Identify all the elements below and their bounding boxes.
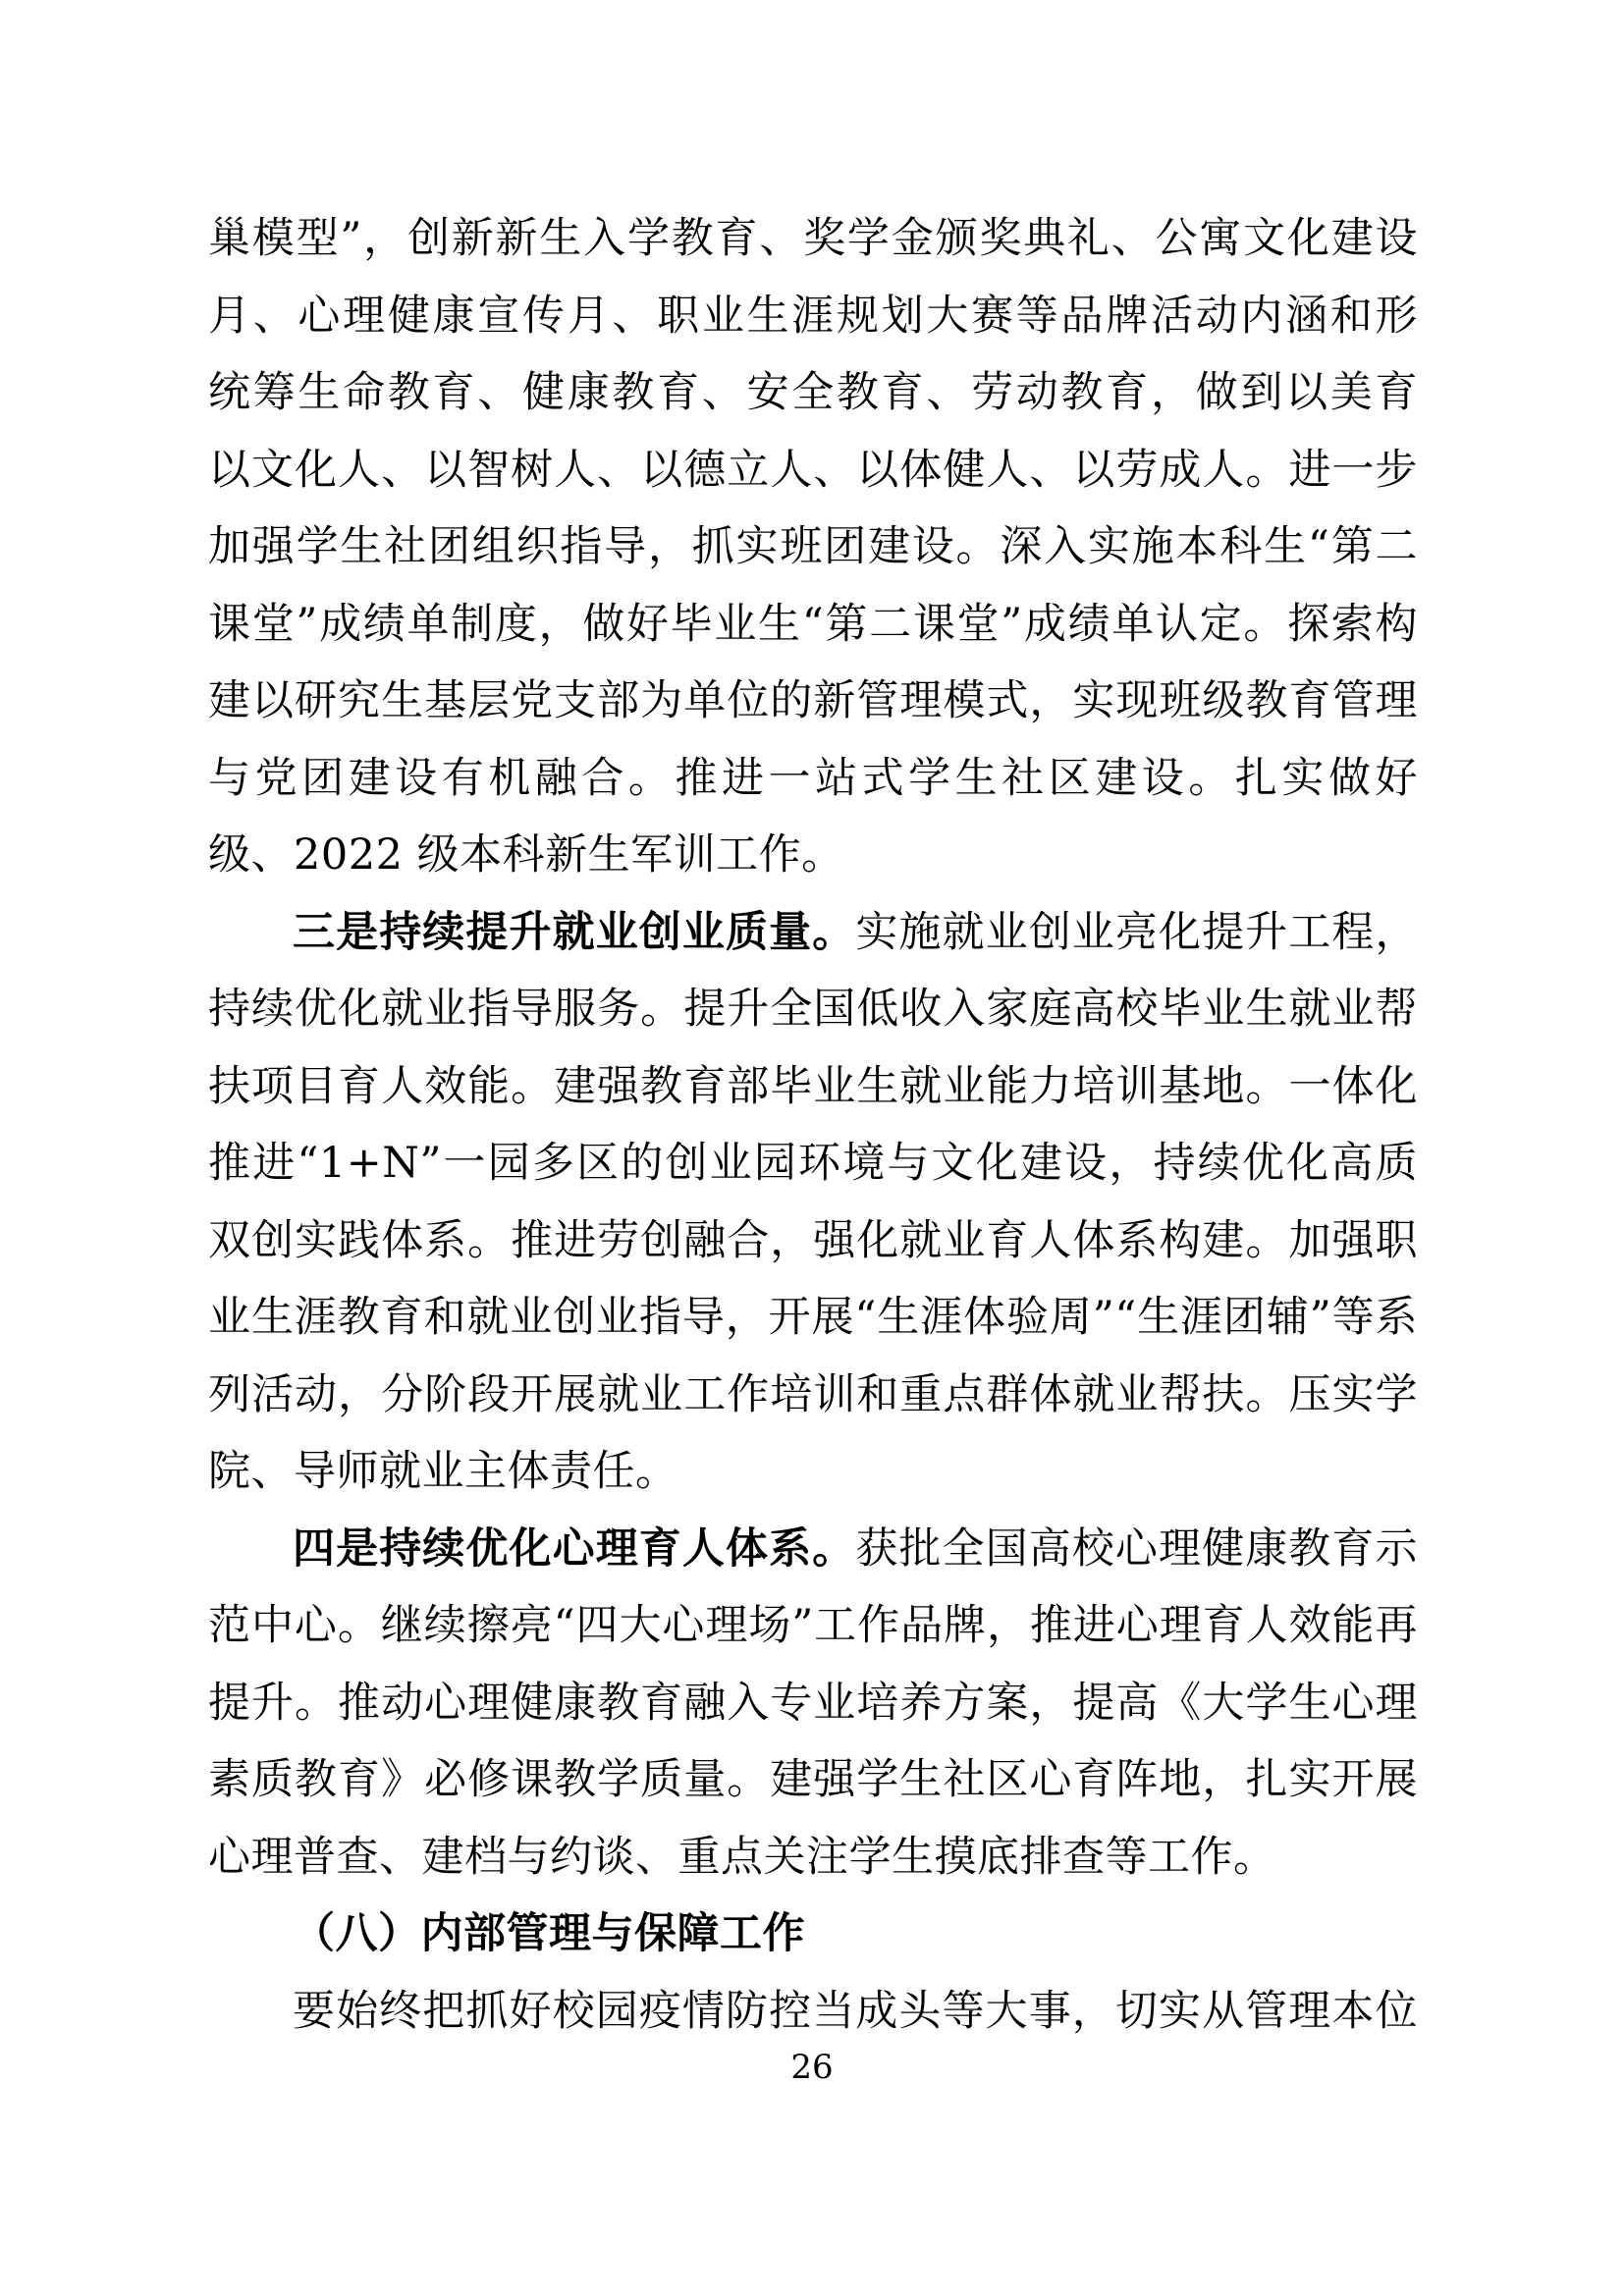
lead-emphasis-three: 三是持续提升就业创业质量。 <box>293 908 855 957</box>
body-line-05: 加强学生社团组织指导，抓实班团建设。深入实施本科生“第二 <box>208 508 1418 586</box>
body-line-12: 扶项目育人效能。建强教育部毕业生就业能力培训基地。一体化 <box>208 1048 1418 1126</box>
body-line-10: 三是持续提升就业创业质量。实施就业创业亮化提升工程， <box>208 894 1418 972</box>
body-line-21: 素质教育》必修课教学质量。建强学生社区心育阵地，扎实开展 <box>208 1741 1418 1819</box>
body-line-09: 级、2022 级本科新生军训工作。 <box>208 817 1418 894</box>
lead-emphasis-four: 四是持续优化心理育人体系。 <box>293 1524 855 1574</box>
body-line-08: 与党团建设有机融合。推进一站式学生社区建设。扎实做好 2021 <box>208 740 1418 818</box>
body-line-15: 业生涯教育和就业创业指导，开展“生涯体验周”“生涯团辅”等系 <box>208 1279 1418 1357</box>
body-line-22: 心理普查、建档与约谈、重点关注学生摸底排查等工作。 <box>208 1819 1418 1896</box>
body-line-06: 课堂”成绩单制度，做好毕业生“第二课堂”成绩单认定。探索构 <box>208 586 1418 664</box>
body-line-01: 巢模型”，创新新生入学教育、奖学金颁奖典礼、公寓文化建设 <box>208 200 1418 278</box>
body-line-14: 双创实践体系。推进劳创融合，强化就业育人体系构建。加强职 <box>208 1202 1418 1280</box>
body-line-04: 以文化人、以智树人、以德立人、以体健人、以劳成人。进一步 <box>208 432 1418 509</box>
body-line-13: 推进“1+N”一园多区的创业园环境与文化建设，持续优化高质量 <box>208 1125 1418 1202</box>
document-text-block: 巢模型”，创新新生入学教育、奖学金颁奖典礼、公寓文化建设 月、心理健康宣传月、职… <box>208 200 1418 2050</box>
body-line-19: 范中心。继续擦亮“四大心理场”工作品牌，推进心理育人效能再 <box>208 1587 1418 1665</box>
body-line-18-text: 获批全国高校心理健康教育示 <box>855 1524 1418 1574</box>
body-line-07: 建以研究生基层党支部为单位的新管理模式，实现班级教育管理 <box>208 663 1418 740</box>
body-line-03: 统筹生命教育、健康教育、安全教育、劳动教育，做到以美育人、 <box>208 354 1418 432</box>
body-line-18: 四是持续优化心理育人体系。获批全国高校心理健康教育示 <box>208 1511 1418 1588</box>
body-line-02: 月、心理健康宣传月、职业生涯规划大赛等品牌活动内涵和形式。 <box>208 278 1418 355</box>
page-number: 26 <box>0 2048 1624 2087</box>
body-line-20: 提升。推动心理健康教育融入专业培养方案，提高《大学生心理 <box>208 1665 1418 1742</box>
section-heading-text: （八）内部管理与保障工作 <box>293 1909 805 1958</box>
body-line-24: 要始终把抓好校园疫情防控当成头等大事，切实从管理本位 <box>208 1973 1418 2051</box>
body-line-10-text: 实施就业创业亮化提升工程， <box>855 908 1418 957</box>
document-page: 巢模型”，创新新生入学教育、奖学金颁奖典礼、公寓文化建设 月、心理健康宣传月、职… <box>0 0 1624 2296</box>
body-line-17: 院、导师就业主体责任。 <box>208 1433 1418 1511</box>
section-heading-eight: （八）内部管理与保障工作 <box>208 1896 1418 1973</box>
body-line-11: 持续优化就业指导服务。提升全国低收入家庭高校毕业生就业帮 <box>208 971 1418 1048</box>
body-line-16: 列活动，分阶段开展就业工作培训和重点群体就业帮扶。压实学 <box>208 1357 1418 1434</box>
